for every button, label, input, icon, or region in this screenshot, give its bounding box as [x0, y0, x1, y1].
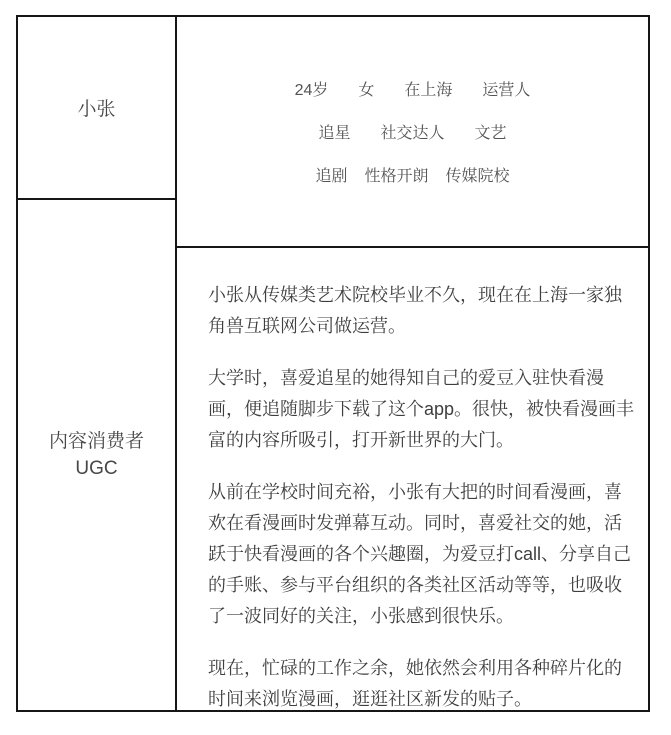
- tag-row: 追星 社交达人 文艺: [318, 110, 506, 153]
- description-paragraph: 小张从传媒类艺术院校毕业不久，现在在上海一家独角兽互联网公司做运营。: [208, 280, 636, 342]
- tag-row: 追剧 性格开朗 传媒院校: [315, 153, 509, 196]
- tag: 在上海: [404, 77, 452, 100]
- persona-role: 内容消费者 UGC: [49, 428, 144, 482]
- persona-role-cell: 内容消费者 UGC: [18, 200, 175, 710]
- persona-name-cell: 小张: [18, 17, 175, 200]
- description-paragraph: 从前在学校时间充裕，小张有大把的时间看漫画，喜欢在看漫画时发弹幕互动。同时，喜爱…: [208, 477, 636, 632]
- description-paragraph: 大学时，喜爱追星的她得知自己的爱豆入驻快看漫画，便追随脚步下载了这个app。很快…: [208, 363, 636, 456]
- tag: 社交达人: [380, 120, 444, 143]
- persona-table: 小张 内容消费者 UGC 24岁 女 在上海 运营人 追星 社交达人 文艺 追剧: [16, 15, 650, 712]
- persona-description-cell: 小张从传媒类艺术院校毕业不久，现在在上海一家独角兽互联网公司做运营。 大学时，喜…: [177, 248, 648, 710]
- persona-role-line1: 内容消费者: [49, 431, 144, 452]
- tag: 追剧: [315, 163, 347, 186]
- tag: 传媒院校: [446, 163, 510, 186]
- persona-role-line2: UGC: [75, 458, 117, 479]
- tag: 性格开朗: [364, 163, 428, 186]
- persona-tags-cell: 24岁 女 在上海 运营人 追星 社交达人 文艺 追剧 性格开朗 传媒院校: [177, 17, 648, 248]
- tag: 女: [358, 77, 374, 100]
- tag-row: 24岁 女 在上海 运营人: [295, 67, 531, 110]
- persona-name: 小张: [77, 94, 115, 121]
- tag: 文艺: [475, 120, 507, 143]
- tag: 追星: [318, 120, 350, 143]
- tag: 运营人: [482, 77, 530, 100]
- tag: 24岁: [295, 77, 329, 100]
- description-paragraph: 现在，忙碌的工作之余，她依然会利用各种碎片化的时间来浏览漫画，逛逛社区新发的贴子…: [208, 653, 636, 710]
- table-right-column: 24岁 女 在上海 运营人 追星 社交达人 文艺 追剧 性格开朗 传媒院校 小张…: [177, 17, 648, 710]
- table-left-column: 小张 内容消费者 UGC: [18, 17, 177, 710]
